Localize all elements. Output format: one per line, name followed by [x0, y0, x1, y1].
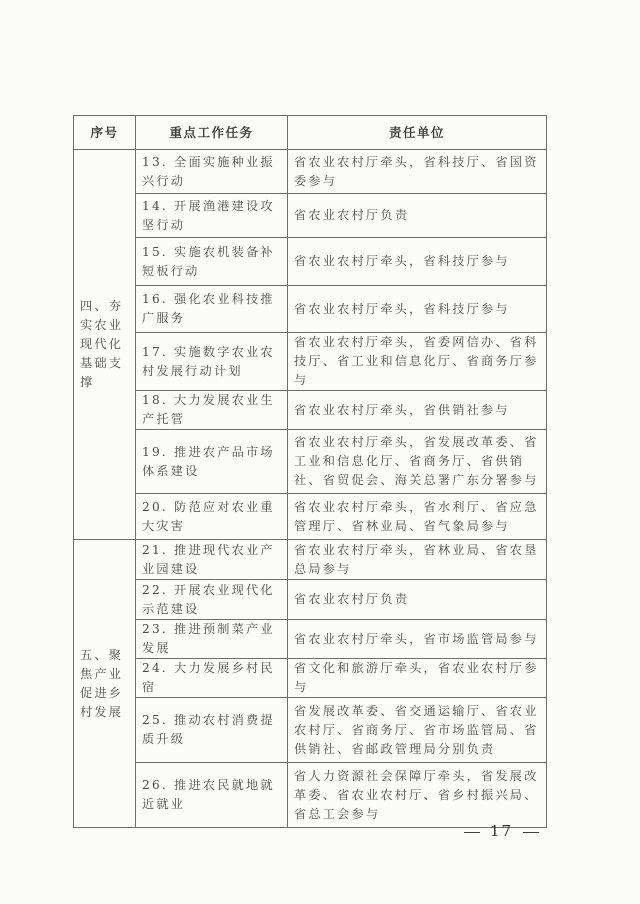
- units-cell: 省发展改革委、省交通运输厅、省农业农村厅、省商务厅、省市场监管局、省供销社、省邮…: [288, 698, 547, 763]
- header-responsible: 责任单位: [288, 116, 547, 150]
- table-row: 22. 开展农业现代化示范建设 省农业农村厅负责: [74, 580, 547, 620]
- units-cell: 省农业农村厅牵头，省水利厅、省应急管理厅、省林业局、省气象局参与: [288, 494, 547, 540]
- document-page: 序号 重点工作任务 责任单位 四、夯实农业现代化基础支撑 13. 全面实施种业振…: [0, 0, 640, 904]
- task-cell: 14. 开展渔港建设攻坚行动: [136, 194, 288, 238]
- header-index: 序号: [74, 116, 136, 150]
- table-row: 四、夯实农业现代化基础支撑 13. 全面实施种业振兴行动 省农业农村厅牵头，省科…: [74, 150, 547, 194]
- units-cell: 省农业农村厅牵头，省委网信办、省科技厅、省工业和信息化厅、省商务厅参与: [288, 333, 547, 391]
- table-row: 15. 实施农机装备补短板行动 省农业农村厅牵头，省科技厅参与: [74, 238, 547, 286]
- task-cell: 24. 大力发展乡村民宿: [136, 659, 288, 698]
- task-cell: 13. 全面实施种业振兴行动: [136, 150, 288, 194]
- task-cell: 25. 推动农村消费提质升级: [136, 698, 288, 763]
- page-number: 17: [454, 822, 549, 840]
- units-cell: 省农业农村厅牵头，省林业局、省农垦总局参与: [288, 540, 547, 580]
- table-row: 23. 推进预制菜产业发展 省农业农村厅牵头，省市场监管局参与: [74, 620, 547, 659]
- units-cell: 省农业农村厅牵头，省科技厅、省国资委参与: [288, 150, 547, 194]
- units-cell: 省农业农村厅负责: [288, 194, 547, 238]
- table-row: 16. 强化农业科技推广服务 省农业农村厅牵头，省科技厅参与: [74, 286, 547, 333]
- task-cell: 21. 推进现代农业产业园建设: [136, 540, 288, 580]
- header-task: 重点工作任务: [136, 116, 288, 150]
- units-cell: 省人力资源社会保障厅牵头，省发展改革委、省农业农村厅、省乡村振兴局、省总工会参与: [288, 763, 547, 828]
- task-cell: 22. 开展农业现代化示范建设: [136, 580, 288, 620]
- units-cell: 省农业农村厅牵头，省供销社参与: [288, 391, 547, 430]
- task-cell: 19. 推进农产品市场体系建设: [136, 430, 288, 494]
- task-responsibility-table: 序号 重点工作任务 责任单位 四、夯实农业现代化基础支撑 13. 全面实施种业振…: [73, 115, 547, 828]
- units-cell: 省文化和旅游厅牵头，省农业农村厅参与: [288, 659, 547, 698]
- dash-right: [523, 832, 539, 833]
- units-cell: 省农业农村厅牵头，省发展改革委、省工业和信息化厅、省商务厅、省供销社、省贸促会、…: [288, 430, 547, 494]
- units-cell: 省农业农村厅牵头，省科技厅参与: [288, 286, 547, 333]
- section-title: 五、聚焦产业促进乡村发展: [74, 540, 136, 828]
- table-row: 18. 大力发展农业生产托管 省农业农村厅牵头，省供销社参与: [74, 391, 547, 430]
- table-row: 20. 防范应对农业重大灾害 省农业农村厅牵头，省水利厅、省应急管理厅、省林业局…: [74, 494, 547, 540]
- task-cell: 20. 防范应对农业重大灾害: [136, 494, 288, 540]
- dash-left: [464, 832, 480, 833]
- units-cell: 省农业农村厅牵头，省科技厅参与: [288, 238, 547, 286]
- task-cell: 15. 实施农机装备补短板行动: [136, 238, 288, 286]
- units-cell: 省农业农村厅负责: [288, 580, 547, 620]
- table-row: 19. 推进农产品市场体系建设 省农业农村厅牵头，省发展改革委、省工业和信息化厅…: [74, 430, 547, 494]
- task-cell: 26. 推进农民就地就近就业: [136, 763, 288, 828]
- table-row: 17. 实施数字农业农村发展行动计划 省农业农村厅牵头，省委网信办、省科技厅、省…: [74, 333, 547, 391]
- task-cell: 17. 实施数字农业农村发展行动计划: [136, 333, 288, 391]
- section-title: 四、夯实农业现代化基础支撑: [74, 150, 136, 540]
- task-cell: 18. 大力发展农业生产托管: [136, 391, 288, 430]
- table-row: 五、聚焦产业促进乡村发展 21. 推进现代农业产业园建设 省农业农村厅牵头，省林…: [74, 540, 547, 580]
- task-cell: 16. 强化农业科技推广服务: [136, 286, 288, 333]
- table-header-row: 序号 重点工作任务 责任单位: [74, 116, 547, 150]
- table-row: 26. 推进农民就地就近就业 省人力资源社会保障厅牵头，省发展改革委、省农业农村…: [74, 763, 547, 828]
- table-row: 14. 开展渔港建设攻坚行动 省农业农村厅负责: [74, 194, 547, 238]
- page-number-value: 17: [490, 822, 513, 840]
- table-row: 24. 大力发展乡村民宿 省文化和旅游厅牵头，省农业农村厅参与: [74, 659, 547, 698]
- table-row: 25. 推动农村消费提质升级 省发展改革委、省交通运输厅、省农业农村厅、省商务厅…: [74, 698, 547, 763]
- task-cell: 23. 推进预制菜产业发展: [136, 620, 288, 659]
- units-cell: 省农业农村厅牵头，省市场监管局参与: [288, 620, 547, 659]
